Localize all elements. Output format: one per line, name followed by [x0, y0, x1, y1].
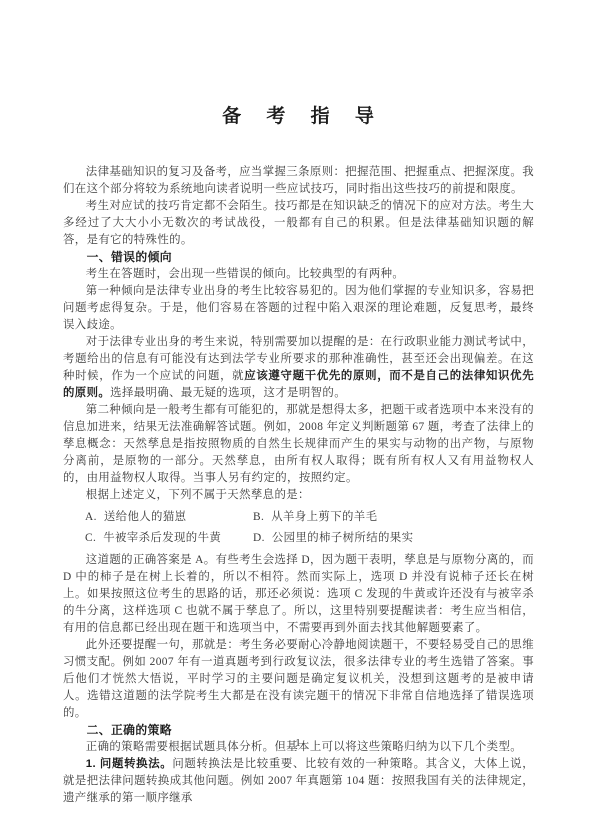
reminder-text-post: 选择最明确、最无疑的选项，这才是明智的。	[110, 387, 346, 399]
option-a: A.送给他人的猫崽	[85, 507, 253, 528]
paragraph-reminder: 对于法律专业出身的考生来说，特别需要加以提醒的是：在行政职业能力测试考试中，考题…	[63, 334, 534, 402]
paragraph-intro: 法律基础知识的复习及备考，应当掌握三条原则：把握范围、把握重点、把握深度。我们在…	[63, 164, 534, 198]
option-c-label: C.	[85, 532, 96, 544]
paragraph-skills: 考生对应试的技巧肯定都不会陌生。技巧都是在知识缺乏的情况下的应对方法。考生大多经…	[63, 198, 534, 249]
paragraph-two-kinds: 考生在答题时，会出现一些错误的倾向。比较典型的有两种。	[63, 266, 534, 283]
option-a-text: 送给他人的猫崽	[104, 511, 187, 523]
option-b-label: B.	[253, 511, 264, 523]
paragraph-patience: 此外还要提醒一句，那就是：考生务必要耐心冷静地阅读题干，不要轻易受自己的思维习惯…	[63, 637, 534, 722]
document-body: 法律基础知识的复习及备考，应当掌握三条原则：把握范围、把握重点、把握深度。我们在…	[63, 164, 534, 807]
paragraph-answer-analysis: 这道题的正确答案是 A。有些考生会选择 D，因为题干表明，孳息是与原物分离的，而…	[63, 552, 534, 637]
option-b: B.从羊身上剪下的羊毛	[253, 507, 377, 528]
option-d-text: 公园里的柿子树所结的果实	[272, 532, 414, 544]
option-c: C.牛被宰杀后发现的牛黄	[85, 528, 253, 549]
option-d-label: D.	[253, 532, 265, 544]
option-b-text: 从羊身上剪下的羊毛	[271, 511, 377, 523]
options-row-1: A.送给他人的猫崽 B.从羊身上剪下的羊毛	[85, 507, 534, 528]
option-a-label: A.	[85, 511, 97, 523]
page-number: 1	[0, 737, 596, 749]
page-title: 备 考 指 导	[0, 0, 596, 128]
option-d: D.公园里的柿子树所结的果实	[253, 528, 413, 549]
document-page: 备 考 指 导 法律基础知识的复习及备考，应当掌握三条原则：把握范围、把握重点、…	[0, 0, 596, 823]
paragraph-question-stem: 根据上述定义，下列不属于天然孳息的是：	[63, 487, 534, 504]
paragraph-second-tendency: 第二种倾向是一般考生都有可能犯的，那就是想得太多，把题干或者选项中本来没有的信息…	[63, 402, 534, 487]
paragraph-method-1: 1. 问题转换法。问题转换法是比较重要、比较有效的一种策略。其含义，大体上说，就…	[63, 756, 534, 807]
method-1-label: 1. 问题转换法。	[86, 758, 173, 770]
section-heading-wrong-tendencies: 一、错误的倾向	[63, 249, 534, 266]
option-c-text: 牛被宰杀后发现的牛黄	[103, 532, 221, 544]
options-row-2: C.牛被宰杀后发现的牛黄 D.公园里的柿子树所结的果实	[85, 528, 534, 549]
paragraph-first-tendency: 第一种倾向是法律专业出身的考生比较容易犯的。因为他们掌握的专业知识多，容易把问题…	[63, 283, 534, 334]
options-list: A.送给他人的猫崽 B.从羊身上剪下的羊毛 C.牛被宰杀后发现的牛黄 D.公园里…	[63, 504, 534, 552]
